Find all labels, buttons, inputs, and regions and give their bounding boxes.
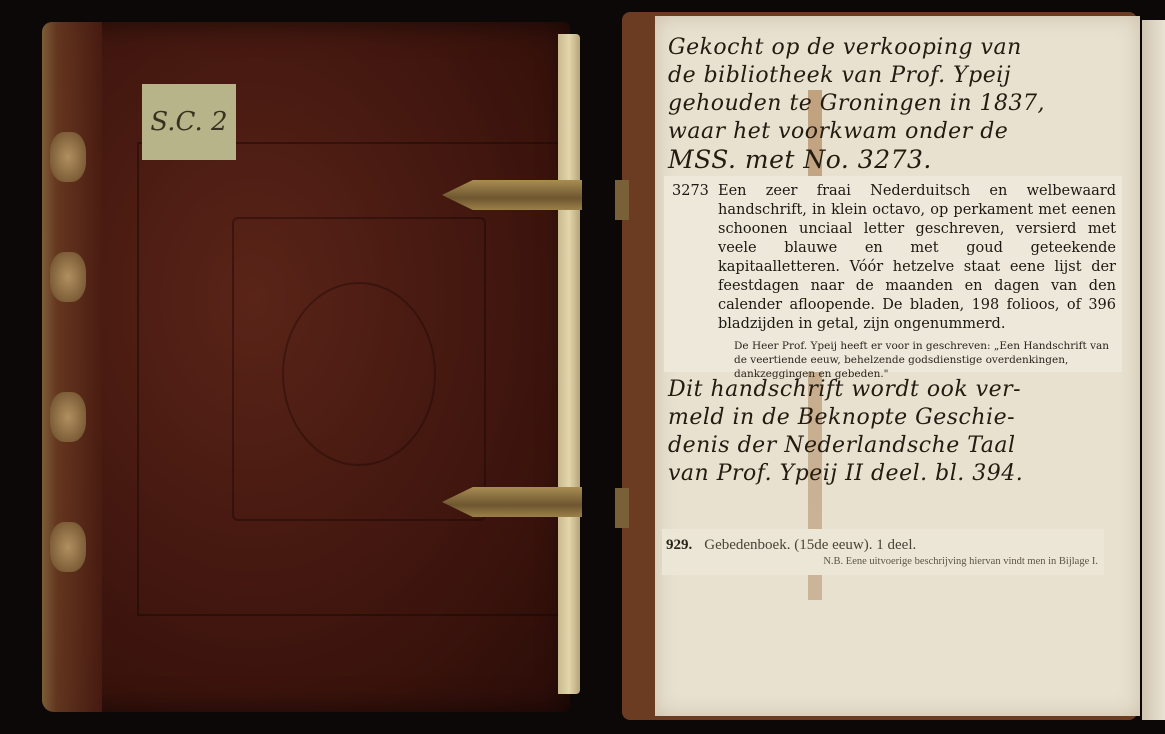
- lot-note: De Heer Prof. Ypeij heeft er voor in ges…: [664, 339, 1122, 381]
- hand-line: de bibliotheek van Prof. Ypeij: [668, 62, 1045, 90]
- hand-line: Gekocht op de verkooping van: [668, 34, 1045, 62]
- hand-line: Dit handschrift wordt ook ver-: [668, 376, 1023, 404]
- first-leaf-edge: [1142, 20, 1165, 720]
- printed-auction-slip: 3273 Een zeer fraai Nederduitsch en welb…: [664, 176, 1122, 372]
- lot-description: Een zeer fraai Nederduitsch en welbewaar…: [718, 182, 1122, 334]
- hand-line: van Prof. Ypeij II deel. bl. 394.: [668, 460, 1023, 488]
- spine-band: [50, 252, 86, 302]
- spine-band: [50, 522, 86, 572]
- hand-line: meld in de Beknopte Geschie-: [668, 404, 1023, 432]
- handwritten-note-top: Gekocht op de verkooping van de biblioth…: [668, 34, 1045, 174]
- shelfmark-label: S.C. 2: [142, 84, 236, 160]
- clasp-pin-bottom: [615, 488, 629, 528]
- clasp-pin-top: [615, 180, 629, 220]
- hand-line: waar het voorkwam onder de: [668, 118, 1045, 146]
- book-cover: S.C. 2: [42, 22, 580, 712]
- central-medallion: [282, 282, 436, 466]
- page-edges: [558, 34, 580, 694]
- spine-band: [50, 132, 86, 182]
- catalog-slip: 929.Gebedenboek. (15de eeuw). 1 deel. N.…: [662, 529, 1104, 575]
- hand-line: MSS. met No. 3273.: [668, 146, 1045, 174]
- handwritten-note-middle: Dit handschrift wordt ook ver- meld in d…: [668, 376, 1023, 488]
- hand-line: denis der Nederlandsche Taal: [668, 432, 1023, 460]
- lot-number: 3273: [664, 182, 718, 334]
- hand-line: gehouden te Groningen in 1837,: [668, 90, 1045, 118]
- spine-band: [50, 392, 86, 442]
- catalog-number: 929.: [666, 537, 692, 553]
- catalog-title: Gebedenboek. (15de eeuw). 1 deel.: [704, 537, 916, 553]
- catalog-note: N.B. Eene uitvoerige beschrijving hierva…: [662, 554, 1104, 567]
